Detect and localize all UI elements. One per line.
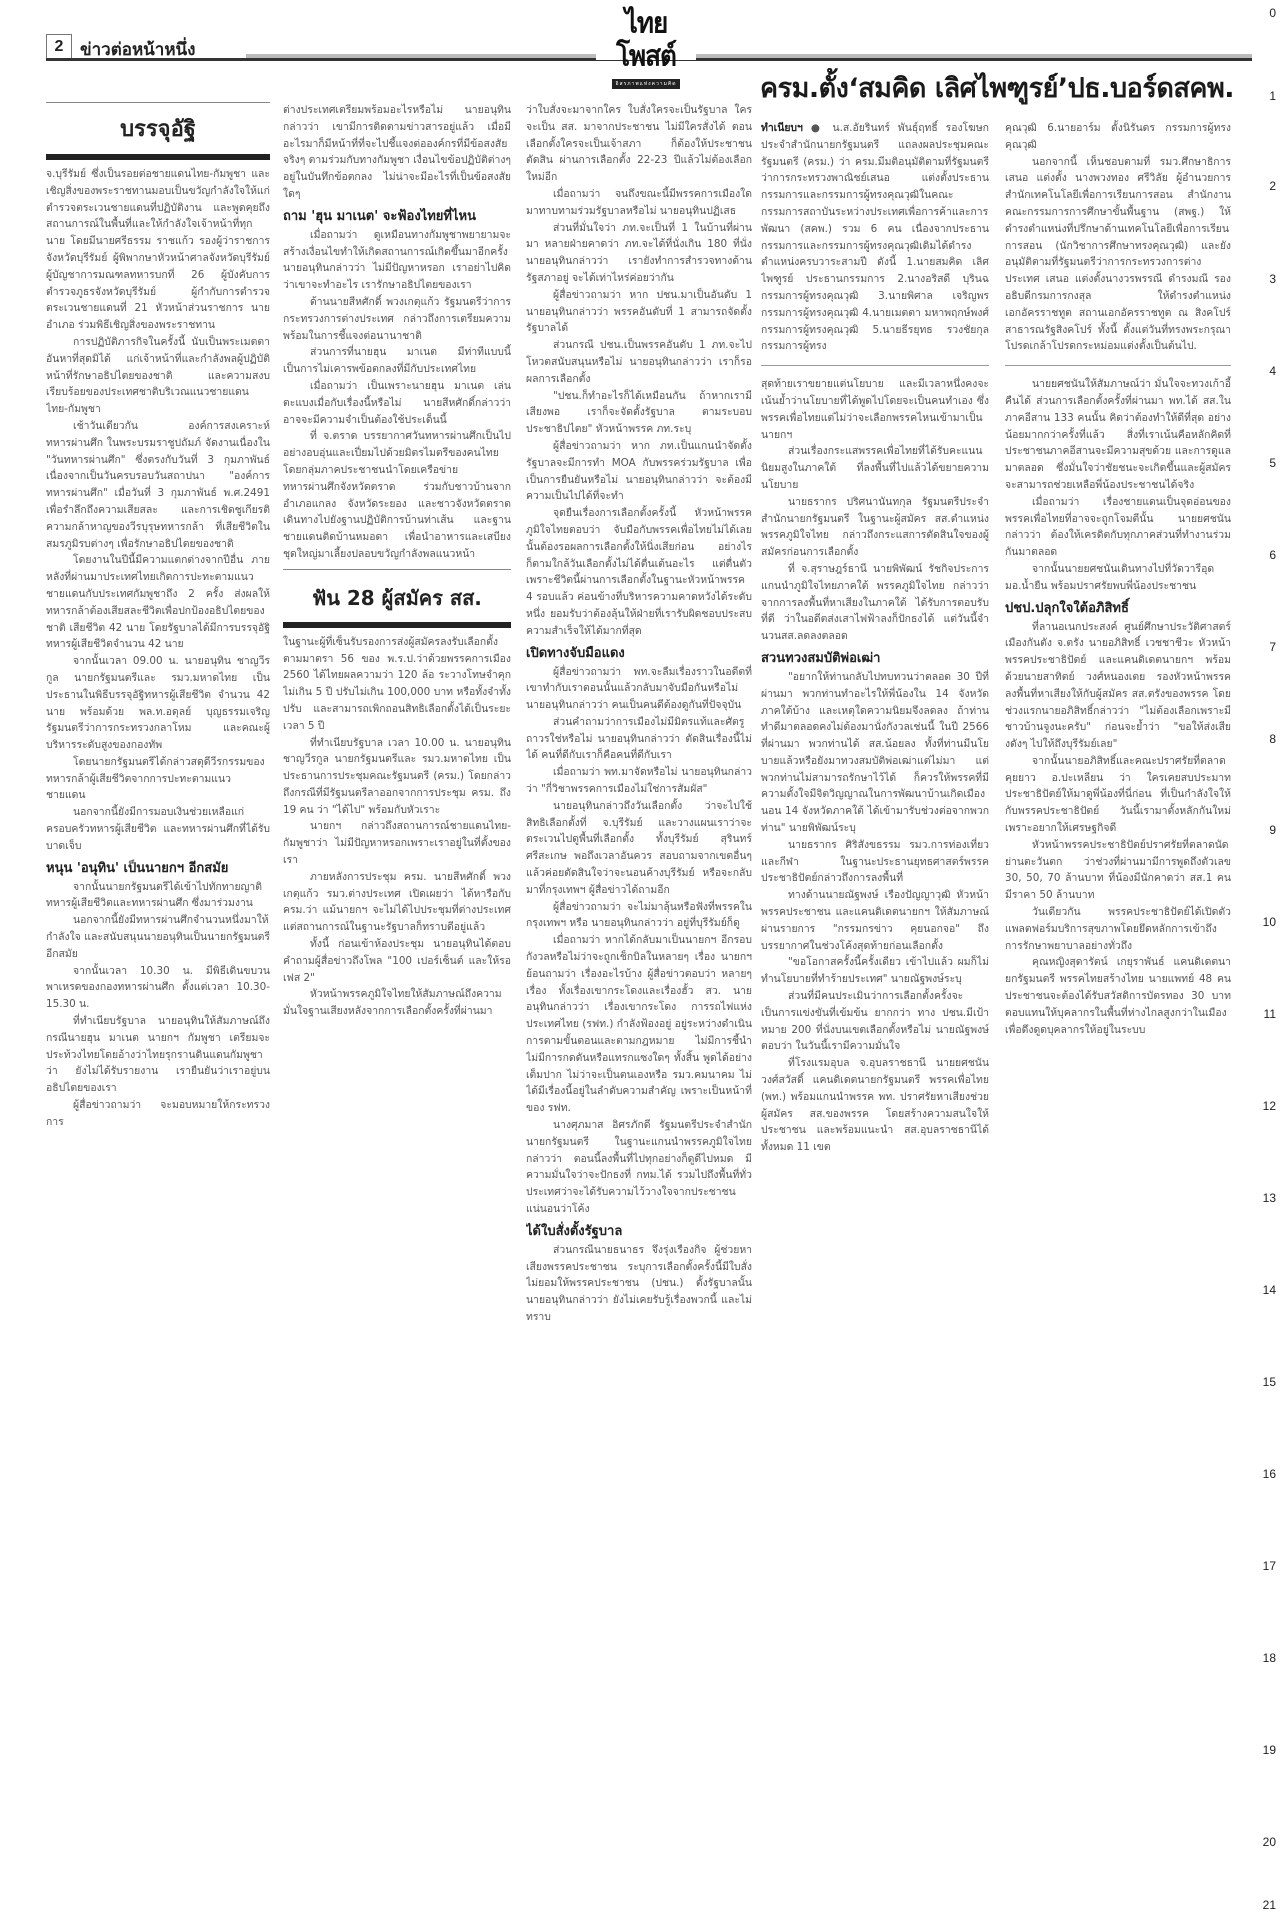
paragraph: คุณหญิงสุดารัตน์ เกยุราพันธ์ แคนดิเดตนาย… (1005, 954, 1231, 1038)
paragraph: จากนั้นเวลา 09.00 น. นายอนุทิน ชาญวีรกูล… (46, 653, 270, 754)
paragraph: ส่วนคำถามว่าการเมืองไม่มีมิตรแท้และศัตรู… (526, 714, 752, 764)
paragraph: เมื่อถามว่า พท.มาจัดหรือไม่ นายอนุทินกล่… (526, 764, 752, 798)
paragraph: ส่วนกรณี ปชน.เป็นพรรคอันดับ 1 ภท.จะไปโหว… (526, 337, 752, 387)
paragraph: ส่วนที่มีคนประเมินว่าการเลือกตั้งครั้งจะ… (761, 988, 989, 1055)
paragraph: นางศุภมาส อิศรภักดี รัฐมนตรีประจำสำนักนา… (526, 1117, 752, 1218)
paragraph: จากนั้นเวลา 10.30 น. มีพิธีเดินขบวนพาเหร… (46, 963, 270, 1013)
paragraph: จุดยืนเรื่องการเลือกตั้งครั้งนี้ หัวหน้า… (526, 505, 752, 639)
margin-number: 11 (1264, 1007, 1276, 1021)
lead-paragraph: ทำเนียบฯ ● น.ส.อัยรินทร์ พันธุ์ฤทธิ์ รอง… (761, 120, 989, 355)
margin-number: 4 (1269, 364, 1276, 378)
paragraph: ผู้สื่อข่าวถามว่า จะมอบหมายให้กระทรวงการ (46, 1097, 270, 1131)
paragraph: ทั้งนี้ ก่อนเข้าห้องประชุม นายอนุทินได้ต… (283, 936, 511, 986)
column-1: บรรจุอัฐิ จ.บุรีรัมย์ ซึ่งเป็นรอยต่อชายแ… (46, 102, 270, 1920)
paragraph: เมื่อถามว่า ดูเหมือนทางกัมพูชาพยายามจะสร… (283, 227, 511, 294)
paragraph: ที่ทำเนียบรัฐบาล นายอนุทินให้สัมภาษณ์ถึง… (46, 1013, 270, 1097)
margin-number: 5 (1269, 456, 1276, 470)
bullet-icon: ● (811, 122, 825, 134)
paragraph: ที่ทำเนียบรัฐบาล เวลา 10.00 น. นายอนุทิน… (283, 735, 511, 819)
paragraph: นายธรากร ศิริสังขธรรม รมว.การท่องเที่ยวแ… (761, 837, 989, 887)
margin-number: 19 (1263, 1743, 1276, 1757)
paragraph: ในฐานะผู้ที่เซ็นรับรองการส่งผู้สมัครลงรั… (283, 634, 511, 735)
margin-number: 0 (1269, 6, 1276, 20)
paragraph: เช้าวันเดียวกัน องค์การสงเคราะห์ทหารผ่าน… (46, 418, 270, 552)
paragraph: ผู้สื่อข่าวถามว่า หาก ภท.เป็นแกนนำจัดตั้… (526, 438, 752, 505)
paragraph: โดยงานในปีนี้มีความแตกต่างจากปีอื่น ภายห… (46, 552, 270, 653)
paragraph: นายธรากร ปริศนานันทกุล รัฐมนตรีประจำสำนั… (761, 494, 989, 561)
paragraph: จากนั้นนายกรัฐมนตรีได้เข้าไปทักทายญาติทห… (46, 879, 270, 913)
paragraph: ที่โรงแรมอุบล จ.อุบลราชธานี นายยศชนัน วง… (761, 1055, 989, 1156)
paragraph: ส่วนกรณีนายธนาธร จึงรุ่งเรืองกิจ ผู้ช่วย… (526, 1242, 752, 1326)
dateline: ทำเนียบฯ (761, 122, 803, 134)
subhead: ได้ใบสั่งตั้งรัฐบาล (526, 1220, 752, 1241)
paragraph: ผู้สื่อข่าวถามว่า พท.จะลืมเรื่องราวในอดี… (526, 664, 752, 714)
divider (1005, 365, 1231, 366)
paragraph: จากนั้นนายอภิสิทธิ์และคณะปราศรัยที่ตลาดค… (1005, 753, 1231, 837)
column-2: ต่างประเทศเตรียมพร้อมอะไรหรือไม่ นายอนุท… (283, 102, 511, 1920)
margin-number: 14 (1263, 1283, 1276, 1297)
margin-number: 18 (1263, 1651, 1276, 1665)
margin-number: 1 (1269, 89, 1276, 103)
box-rule (46, 154, 270, 160)
column-4: ทำเนียบฯ ● น.ส.อัยรินทร์ พันธุ์ฤทธิ์ รอง… (761, 120, 989, 1920)
divider (761, 365, 989, 366)
section-label: ข่าวต่อหน้าหนึ่ง (80, 36, 195, 63)
paragraph: ภายหลังการประชุม ครม. นายสีหศักดิ์ พวงเก… (283, 869, 511, 936)
margin-line-numbers: 0 1 2 3 4 5 6 7 8 9 10 11 12 13 14 15 16… (1250, 0, 1286, 1920)
paragraph: สุดท้ายเราขยายแต่นโยบาย และมีเวลาหนึ่งคง… (761, 376, 989, 443)
paragraph: ส่วนเรื่องกระแสพรรคเพื่อไทยที่ได้รับคะแน… (761, 443, 989, 493)
column-3: ว่าใบสั่งจะมาจากใคร ใบสั่งใครจะเป็นรัฐบา… (526, 102, 752, 1920)
margin-number: 6 (1269, 548, 1276, 562)
paragraph: นอกจากนี้ยังมีการมอบเงินช่วยเหลือแก่ครอบ… (46, 804, 270, 854)
paragraph: ผู้สื่อข่าวถามว่า จะไม่มาลุ้นหรือฟังที่พ… (526, 899, 752, 933)
paragraph: ว่าใบสั่งจะมาจากใคร ใบสั่งใครจะเป็นรัฐบา… (526, 102, 752, 186)
margin-number: 16 (1263, 1467, 1276, 1481)
subhead: หนุน 'อนุทิน' เป็นนายกฯ อีกสมัย (46, 857, 270, 878)
paragraph: ที่ จ.ตราด บรรยากาศวันทหารผ่านศึกเป็นไปอ… (283, 428, 511, 562)
margin-number: 10 (1263, 915, 1276, 929)
paragraph: นายอนุทินกล่าวถึงวันเลือกตั้ง ว่าจะไปใช้… (526, 798, 752, 899)
paragraph: ทางด้านนายณัฐพงษ์ เรืองปัญญาวุฒิ หัวหน้า… (761, 887, 989, 954)
paragraph: ส่วนที่มั่นใจว่า ภท.จะเป็นที่ 1 ในบ้านที… (526, 220, 752, 287)
margin-number: 2 (1269, 179, 1276, 193)
margin-number: 20 (1263, 1835, 1276, 1849)
margin-number: 8 (1269, 732, 1276, 746)
section-rule (283, 622, 511, 628)
paragraph: นอกจากนี้ เห็นชอบตามที่ รมว.ศึกษาธิการเส… (1005, 154, 1231, 356)
margin-number: 15 (1263, 1375, 1276, 1389)
lead-headline: ครม.ตั้ง‘สมคิด เลิศไพฑูรย์’ปธ.บอร์ดสคพ. (760, 66, 1232, 109)
column-5: คุณวุฒิ 6.นายอาร์ม ตั้งนิรันดร กรรมการผู… (1005, 120, 1231, 1920)
subhead: ปชป.ปลุกใจใต้อภิสิทธิ์ (1005, 597, 1231, 618)
masthead-logo: ไทยโพสต์ อิสรภาพแห่งความคิด (596, 10, 696, 60)
paragraph: "อยากให้ท่านกลับไปทบทวนว่าตลอด 30 ปีที่ผ… (761, 669, 989, 837)
margin-number: 21 (1263, 1898, 1276, 1912)
paragraph: นอกจากนี้ยังมีทหารผ่านศึกจำนวนหนึ่งมาให้… (46, 912, 270, 962)
paragraph: เมื่อถามว่า เรื่องชายแดนเป็นจุดอ่อนของพร… (1005, 494, 1231, 561)
subhead: ถาม 'ฮุน มาเนต' จะฟ้องไทยที่ไหน (283, 205, 511, 226)
paragraph: นายกฯ กล่าวถึงสถานการณ์ชายแดนไทย-กัมพูชา… (283, 818, 511, 868)
paragraph: ที่ลานอเนกประสงค์ ศูนย์ศึกษาประวัติศาสตร… (1005, 619, 1231, 753)
paragraph: เมื่อถามว่า จนถึงขณะนี้มีพรรคการเมืองใดม… (526, 186, 752, 220)
margin-number: 9 (1269, 823, 1276, 837)
paragraph: จากนั้นนายยศชนันเดินทางไปที่วัดวารีอุดมอ… (1005, 561, 1231, 595)
paragraph: วันเดียวกัน พรรคประชาธิปัตย์ได้เปิดตัวแพ… (1005, 904, 1231, 954)
masthead-title: ไทยโพสต์ (596, 7, 696, 73)
section-title: ฟัน 28 ผู้สมัคร สส. (283, 569, 511, 622)
margin-number: 13 (1263, 1191, 1276, 1205)
paragraph: ด้านนายสีหศักดิ์ พวงเกตุแก้ว รัฐมนตรีว่า… (283, 294, 511, 344)
paragraph: เมื่อถามว่า หากได้กลับมาเป็นนายกฯ อีกรอบ… (526, 932, 752, 1117)
page-number: 2 (46, 34, 72, 58)
subhead: สวนทวงสมบัติพ่อเฒ่า (761, 647, 989, 668)
margin-number: 7 (1269, 640, 1276, 654)
margin-number: 12 (1263, 1099, 1276, 1113)
paragraph: คุณวุฒิ 6.นายอาร์ม ตั้งนิรันดร กรรมการผู… (1005, 120, 1231, 154)
paragraph: ที่ จ.สุราษฎร์ธานี นายพิพัฒน์ รัชกิจประก… (761, 561, 989, 645)
margin-number: 17 (1263, 1559, 1276, 1573)
paragraph: ผู้สื่อข่าวถามว่า หาก ปชน.มาเป็นอันดับ 1… (526, 287, 752, 337)
box-title: บรรจุอัฐิ (46, 102, 270, 154)
paragraph: เมื่อถามว่า เป็นเพราะนายฮุน มาเนต เล่นตะ… (283, 378, 511, 428)
paragraph: การปฏิบัติภารกิจในครั้งนี้ นับเป็นพระเมต… (46, 334, 270, 418)
paragraph: จ.บุรีรัมย์ ซึ่งเป็นรอยต่อชายแดนไทย-กัมพ… (46, 166, 270, 334)
paragraph: โดยนายกรัฐมนตรีได้กล่าวสดุดีวีรกรรมของทห… (46, 754, 270, 804)
paragraph: หัวหน้าพรรคประชาธิปัตย์ปราศรัยที่ตลาดนัด… (1005, 837, 1231, 904)
margin-number: 3 (1269, 272, 1276, 286)
paragraph: ส่วนการที่นายฮุน มาเนต มีท่าทีแบบนี้ เป็… (283, 344, 511, 378)
lead-text: น.ส.อัยรินทร์ พันธุ์ฤทธิ์ รองโฆษกประจำสำ… (761, 122, 989, 352)
paragraph: นายยศชนันให้สัมภาษณ์ว่า มั่นใจจะทวงเก้าอ… (1005, 376, 1231, 494)
masthead-tagline: อิสรภาพแห่งความคิด (612, 79, 681, 89)
subhead: เปิดทางจับมือแดง (526, 642, 752, 663)
paragraph: "ปชน.ก็ทำอะไรก็ได้เหมือนกัน ถ้าหากเรามีเ… (526, 388, 752, 438)
paragraph: ต่างประเทศเตรียมพร้อมอะไรหรือไม่ นายอนุท… (283, 102, 511, 203)
paragraph: "ขอโอกาสครั้งนี้ครั้งเดียว เข้าไปแล้ว ผม… (761, 954, 989, 988)
paragraph: หัวหน้าพรรคภูมิใจไทยให้สัมภาษณ์ถึงความมั… (283, 986, 511, 1020)
